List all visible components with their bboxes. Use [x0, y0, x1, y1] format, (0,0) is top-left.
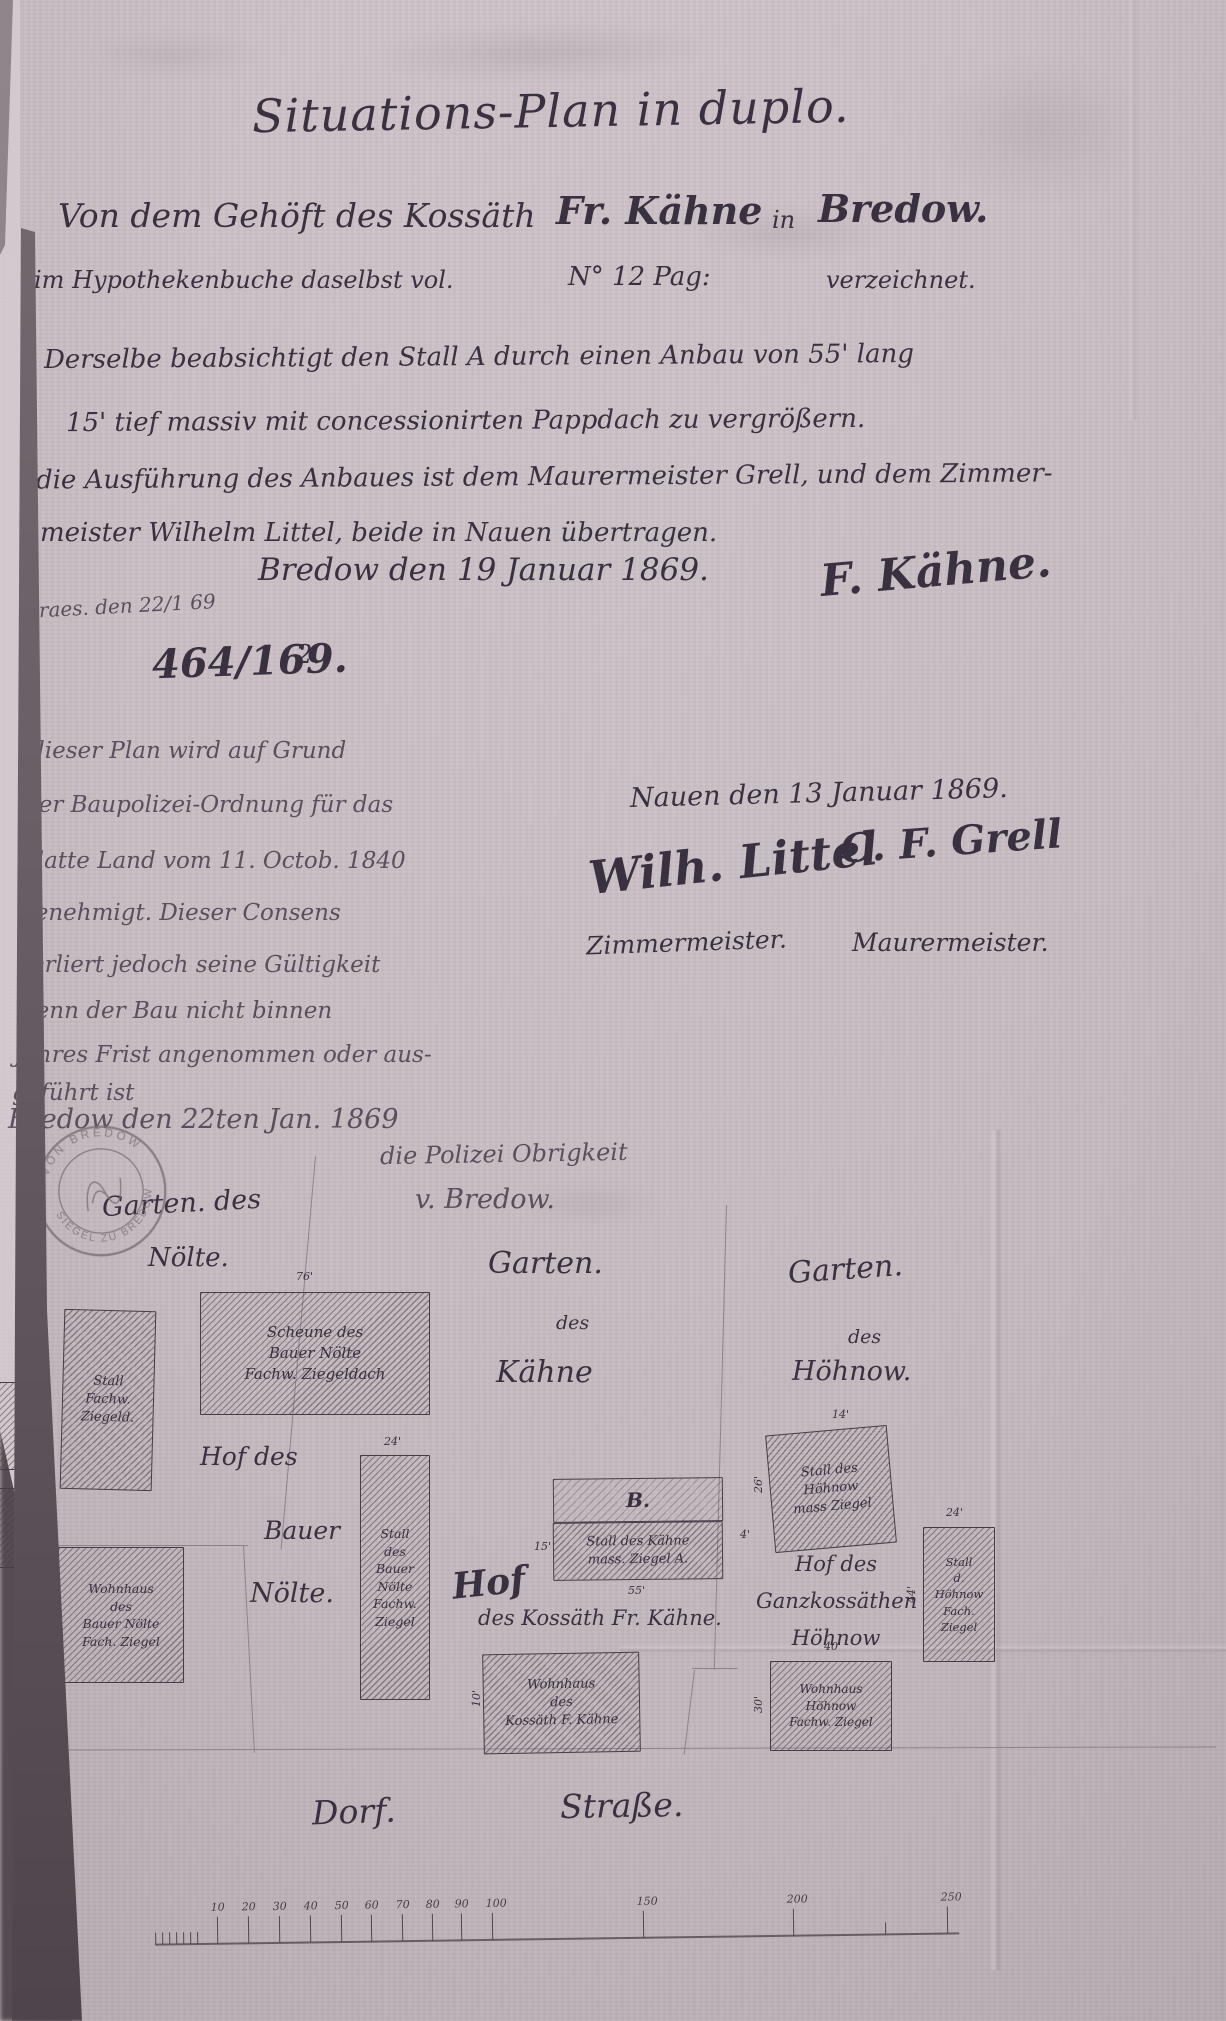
register-line-part3: verzeichnet. — [826, 266, 976, 294]
scale-tick-label: 70 — [396, 1898, 410, 1911]
scale-major-tick: 90 — [461, 1913, 463, 1940]
dim-label: 15' — [534, 1540, 551, 1553]
dim-label: 30' — [752, 1696, 765, 1713]
building-stall-kaehne-a: Stall des Kähne mass. Ziegel A. — [553, 1521, 724, 1581]
hof-noelte-name: Nölte. — [250, 1578, 334, 1609]
ink-bleed-smudge — [80, 34, 265, 76]
authority-line1: die Polizei Obrigkeit — [380, 1138, 628, 1170]
dim-label: 10' — [470, 1690, 483, 1707]
building-label: Wohnhaus des Bauer Nölte Fach. Ziegel — [82, 1580, 160, 1650]
scale-tick-label: 90 — [455, 1897, 469, 1910]
building-label: Stall des Kähne mass. Ziegel A. — [586, 1532, 689, 1569]
ink-bleed-smudge — [930, 52, 1145, 207]
hof-noelte-line2: Bauer — [264, 1516, 340, 1545]
subject-line-part3: in — [772, 206, 795, 234]
scale-minor-tick — [197, 1932, 199, 1944]
role-maurermeister: Maurermeister. — [852, 928, 1049, 957]
building-label: Stall Fachw. Ziegeld. — [81, 1372, 136, 1428]
approval-line: der Baupolizei-Ordnung für das — [24, 792, 393, 818]
building-scheune-noelte: Scheune des Bauer Nölte Fachw. Ziegeldac… — [200, 1292, 430, 1415]
subject-line-part1: Von dem Gehöft des Kossäth — [58, 196, 536, 235]
paragraph-line: die Ausführung des Anbaues ist dem Maure… — [36, 458, 1053, 495]
boundary-line — [243, 1545, 255, 1753]
building-label: Stall d. Höhnow Fach. Ziegel — [935, 1554, 984, 1634]
role-zimmermeister: Zimmermeister. — [586, 925, 788, 961]
signature-grell: C. F. Grell — [839, 810, 1064, 872]
scale-tick-label: 60 — [365, 1898, 379, 1911]
street-label-strasse: Straße. — [560, 1785, 684, 1826]
building-label: Scheune des Bauer Nölte Fachw. Ziegeldac… — [245, 1322, 386, 1385]
page-title: Situations-Plan in duplo. — [252, 79, 850, 143]
scale-tick-label: 80 — [426, 1898, 440, 1911]
signature-littel: Wilh. Littel — [586, 821, 880, 905]
scale-minor-tick — [190, 1932, 192, 1944]
hof-kaehne-word: Hof — [450, 1558, 528, 1607]
hof-kaehne-rest: des Kossäth Fr. Kähne. — [478, 1606, 722, 1630]
dim-label: 24' — [384, 1435, 401, 1448]
scale-minor-tick — [162, 1932, 164, 1944]
dim-label: 76' — [296, 1270, 313, 1283]
garden-hoehnow-label: Garten. — [787, 1248, 904, 1291]
building-stall-hoehnow: Stall d. Höhnow Fach. Ziegel — [923, 1527, 995, 1662]
scale-bar: 102030405060708090100150200250 — [155, 1888, 960, 1957]
scale-minor-tick — [169, 1932, 171, 1944]
building-stall-noelte: Stall des Bauer Nölte Fachw. Ziegel — [360, 1455, 430, 1700]
owner-name: Fr. Kähne — [556, 188, 762, 233]
building-label: B. — [626, 1486, 650, 1514]
building-label: Wohnhaus des Kossäth F. Kähne — [504, 1675, 618, 1732]
registry-extra: 2. — [296, 640, 321, 670]
approval-line: genehmigt. Dieser Consens — [20, 900, 341, 926]
dim-label: 4' — [740, 1528, 750, 1541]
stamp-text-top: VON BREDOW — [31, 1115, 145, 1181]
scale-minor-tick — [885, 1922, 887, 1934]
scale-tick-label: 20 — [242, 1900, 256, 1913]
paragraph-line: Derselbe beabsichtigt den Stall A durch … — [44, 339, 914, 375]
paragraph-line: meister Wilhelm Littel, beide in Nauen ü… — [40, 518, 717, 548]
scale-minor-tick — [176, 1932, 178, 1944]
dim-label: 40' — [824, 1640, 841, 1653]
building-anbau-b: B. — [553, 1477, 723, 1523]
approval-line: Jahres Frist angenommen oder aus- — [14, 1042, 432, 1068]
authority-line2: v. Bredow. — [415, 1184, 555, 1215]
boundary-line — [692, 1668, 738, 1669]
scale-major-tick: 50 — [341, 1915, 343, 1942]
building-stall-noelte-left: Stall Fachw. Ziegeld. — [60, 1309, 157, 1491]
paragraph-line: 15' tief massiv mit concessionirten Papp… — [66, 404, 865, 438]
register-line-part1: im Hypothekenbuche daselbst vol. — [34, 266, 454, 294]
hof-noelte-line1: Hof des — [200, 1442, 298, 1471]
approval-line: verliert jedoch seine Gültigkeit — [18, 952, 380, 978]
dim-label: 24' — [946, 1506, 963, 1519]
boundary-line — [58, 1545, 248, 1546]
approval-line: wenn der Bau nicht binnen — [16, 998, 332, 1024]
scale-tick-label: 50 — [335, 1899, 349, 1912]
building-wohnhaus-noelte: Wohnhaus des Bauer Nölte Fach. Ziegel — [58, 1547, 184, 1683]
scale-major-tick: 60 — [371, 1915, 373, 1942]
scale-major-tick: 20 — [248, 1916, 250, 1943]
scale-major-tick: 80 — [432, 1914, 434, 1941]
scale-minor-tick — [155, 1933, 157, 1945]
dim-label: 14' — [832, 1408, 849, 1421]
boundary-line — [714, 1205, 727, 1670]
place-date-line: Bredow den 19 Januar 1869. — [258, 552, 709, 588]
ink-bleed-smudge — [369, 20, 711, 86]
boundary-line — [684, 1670, 695, 1754]
garden-kaehne-name: Kähne — [496, 1355, 593, 1390]
place-name: Bredow. — [818, 186, 988, 231]
scale-major-tick: 30 — [279, 1916, 281, 1943]
scale-major-tick: 70 — [402, 1914, 404, 1941]
scale-major-tick: 10 — [217, 1917, 219, 1944]
building-wohnhaus-kaehne: Wohnhaus des Kossäth F. Kähne — [482, 1652, 641, 1755]
stamp-crest — [81, 1175, 127, 1211]
masters-place-date: Nauen den 13 Januar 1869. — [630, 773, 1009, 814]
scale-tick-label: 10 — [211, 1901, 225, 1914]
scale-minor-tick — [183, 1932, 185, 1944]
scale-major-tick: 100 — [492, 1913, 494, 1940]
street-label-dorf: Dorf. — [311, 1791, 396, 1833]
scale-major-tick: 250 — [947, 1907, 949, 1934]
dim-label: 55' — [628, 1584, 645, 1597]
building-label: Stall des Bauer Nölte Fachw. Ziegel — [373, 1525, 417, 1630]
garden-hoehnow-name: Höhnow. — [792, 1356, 911, 1387]
signature-kaehne: F. Kähne. — [818, 536, 1053, 607]
approval-line: platte Land vom 11. Octob. 1840 — [22, 848, 406, 874]
scale-major-tick: 200 — [793, 1909, 795, 1936]
scale-major-tick: 40 — [310, 1915, 312, 1942]
building-label: Stall des Höhnow mass Ziegel — [789, 1458, 872, 1519]
scale-tick-label: 200 — [787, 1892, 808, 1905]
fold-crease-vertical-top — [1128, 0, 1138, 420]
building-label: Wohnhaus Höhnow Fachw. Ziegel — [789, 1681, 873, 1731]
document-page: Situations-Plan in duplo. Von dem Gehöft… — [0, 0, 1226, 2021]
garden-hoehnow-des: des — [848, 1326, 881, 1348]
scale-tick-label: 30 — [273, 1900, 287, 1913]
margin-praes-note: praes. den 22/1 69 — [26, 589, 217, 623]
dim-label: 26' — [752, 1476, 765, 1493]
scale-tick-label: 250 — [941, 1890, 962, 1903]
scale-tick-label: 40 — [304, 1899, 318, 1912]
scale-major-tick: 150 — [643, 1911, 645, 1938]
scale-tick-label: 100 — [486, 1897, 507, 1910]
garden-kaehne-label: Garten. — [488, 1246, 603, 1281]
dim-label: 44' — [905, 1586, 918, 1603]
register-number: N° 12 Pag: — [568, 262, 711, 292]
approval-line: dieser Plan wird auf Grund — [30, 738, 346, 764]
svg-text:VON BREDOW: VON BREDOW — [31, 1115, 145, 1181]
scale-bar-line — [155, 1932, 959, 1945]
scale-tick-label: 150 — [637, 1895, 658, 1908]
building-wohnhaus-hoehnow: Wohnhaus Höhnow Fachw. Ziegel — [770, 1661, 892, 1751]
garden-kaehne-des: des — [556, 1312, 589, 1334]
building-stall-hoehnow-mass: Stall des Höhnow mass Ziegel — [765, 1425, 897, 1553]
